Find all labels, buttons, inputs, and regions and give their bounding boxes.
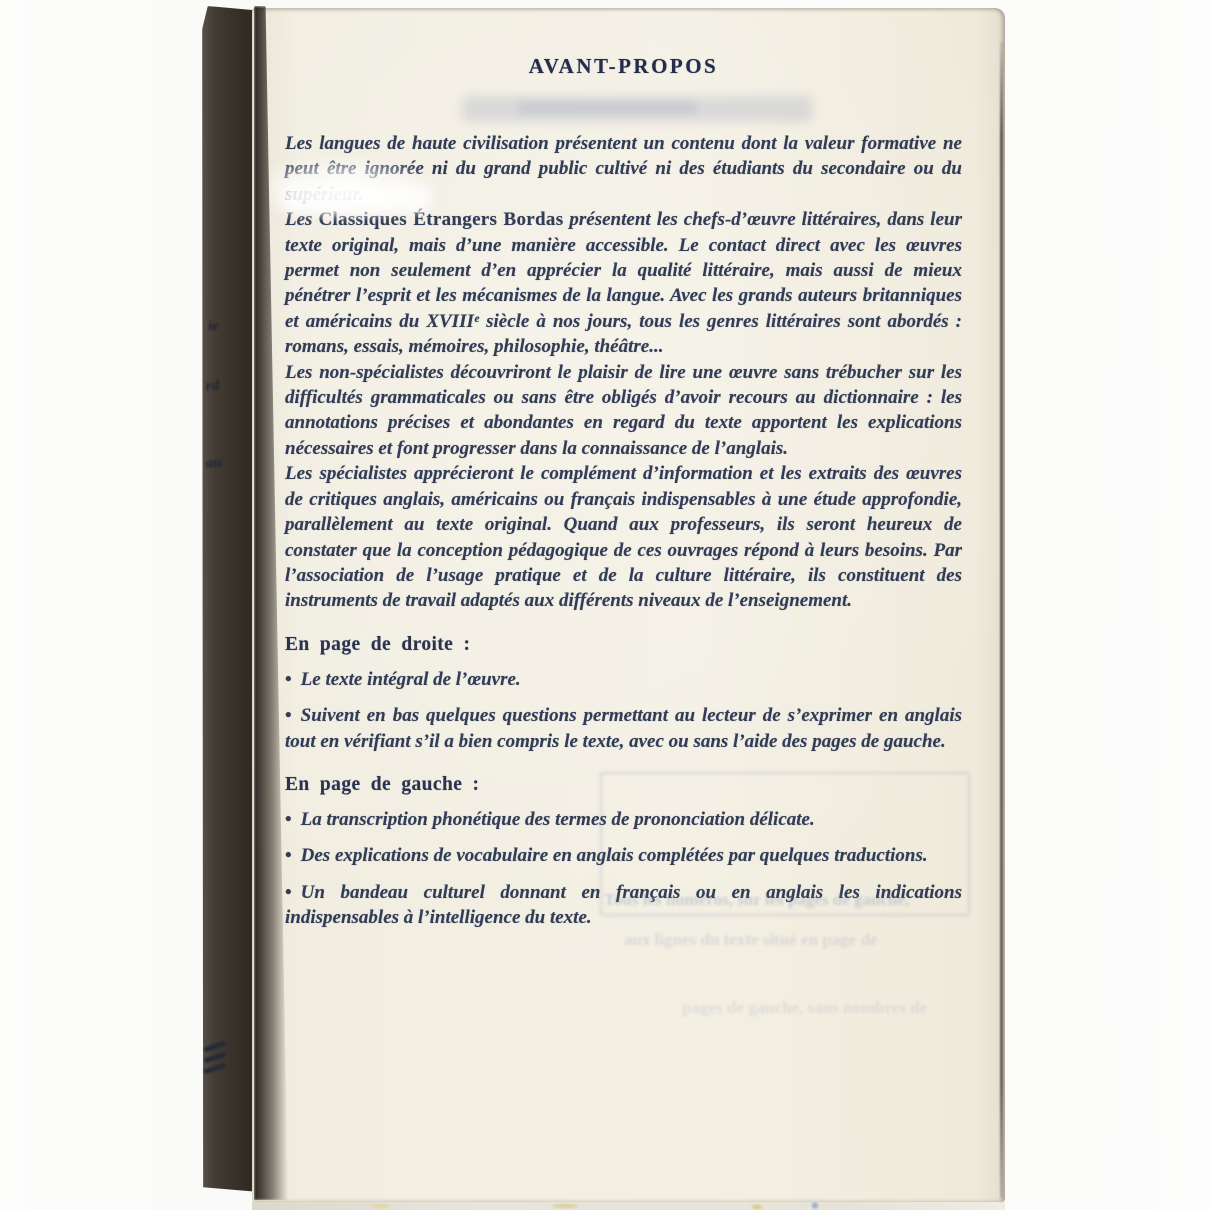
paragraph: Les non-spécialistes découvriront le pla… [285, 360, 962, 462]
bullet-icon: • [285, 809, 292, 830]
bullet-icon: • [285, 845, 292, 866]
facing-page-fragment-marks [204, 1038, 226, 1077]
bullet-item: •Suivent en bas quelques questions perme… [285, 703, 962, 754]
section-heading-right-page: En page de droite : [285, 634, 962, 656]
bullet-item: •Le texte intégral de l’œuvre. [285, 667, 962, 692]
paragraph-text: Les non-spécialistes découvriront le pla… [285, 362, 962, 459]
edge-speck [752, 1205, 762, 1209]
bleedthrough-text: Tous les numéros, sur les pages de gauch… [604, 890, 964, 910]
page-stack-edge [252, 1202, 1005, 1210]
paragraph-text: Les spécialistes apprécieront le complém… [285, 463, 962, 611]
facing-page-fragment: ie [207, 318, 219, 336]
book-page: Tous les numéros, sur les pages de gauch… [252, 8, 1005, 1202]
facing-page-fragment: au [205, 454, 222, 472]
paragraph-text: présentent les chefs-d’œuvre littéraires… [285, 209, 962, 357]
photo-glare [282, 186, 432, 212]
bullet-text: Le texte intégral de l’œuvre. [301, 669, 521, 690]
book-page-photo: ie rd au Tous les numéros, sur les pages… [0, 0, 1210, 1210]
bullet-icon: • [285, 669, 292, 690]
paragraph: Les spécialistes apprécieront le complém… [285, 461, 962, 613]
bleedthrough-heading [517, 102, 697, 114]
bullet-text: Suivent en bas quelques questions permet… [285, 705, 962, 751]
edge-speck [552, 1204, 578, 1208]
edge-speck [372, 1204, 390, 1208]
facing-page-fragment: rd [205, 378, 219, 396]
edge-speck [812, 1202, 818, 1209]
bullet-icon: • [285, 882, 292, 903]
bleedthrough-text: pages de gauche, sans nombres de [682, 998, 962, 1018]
bleedthrough-text: aux lignes du texte situé en page de [624, 930, 944, 950]
bullet-icon: • [285, 705, 292, 726]
page-right-edge [1000, 42, 1003, 1198]
paragraph: Les Classiques Étrangers Bordas présente… [285, 207, 962, 359]
page-title: AVANT-PROPOS [285, 54, 962, 79]
